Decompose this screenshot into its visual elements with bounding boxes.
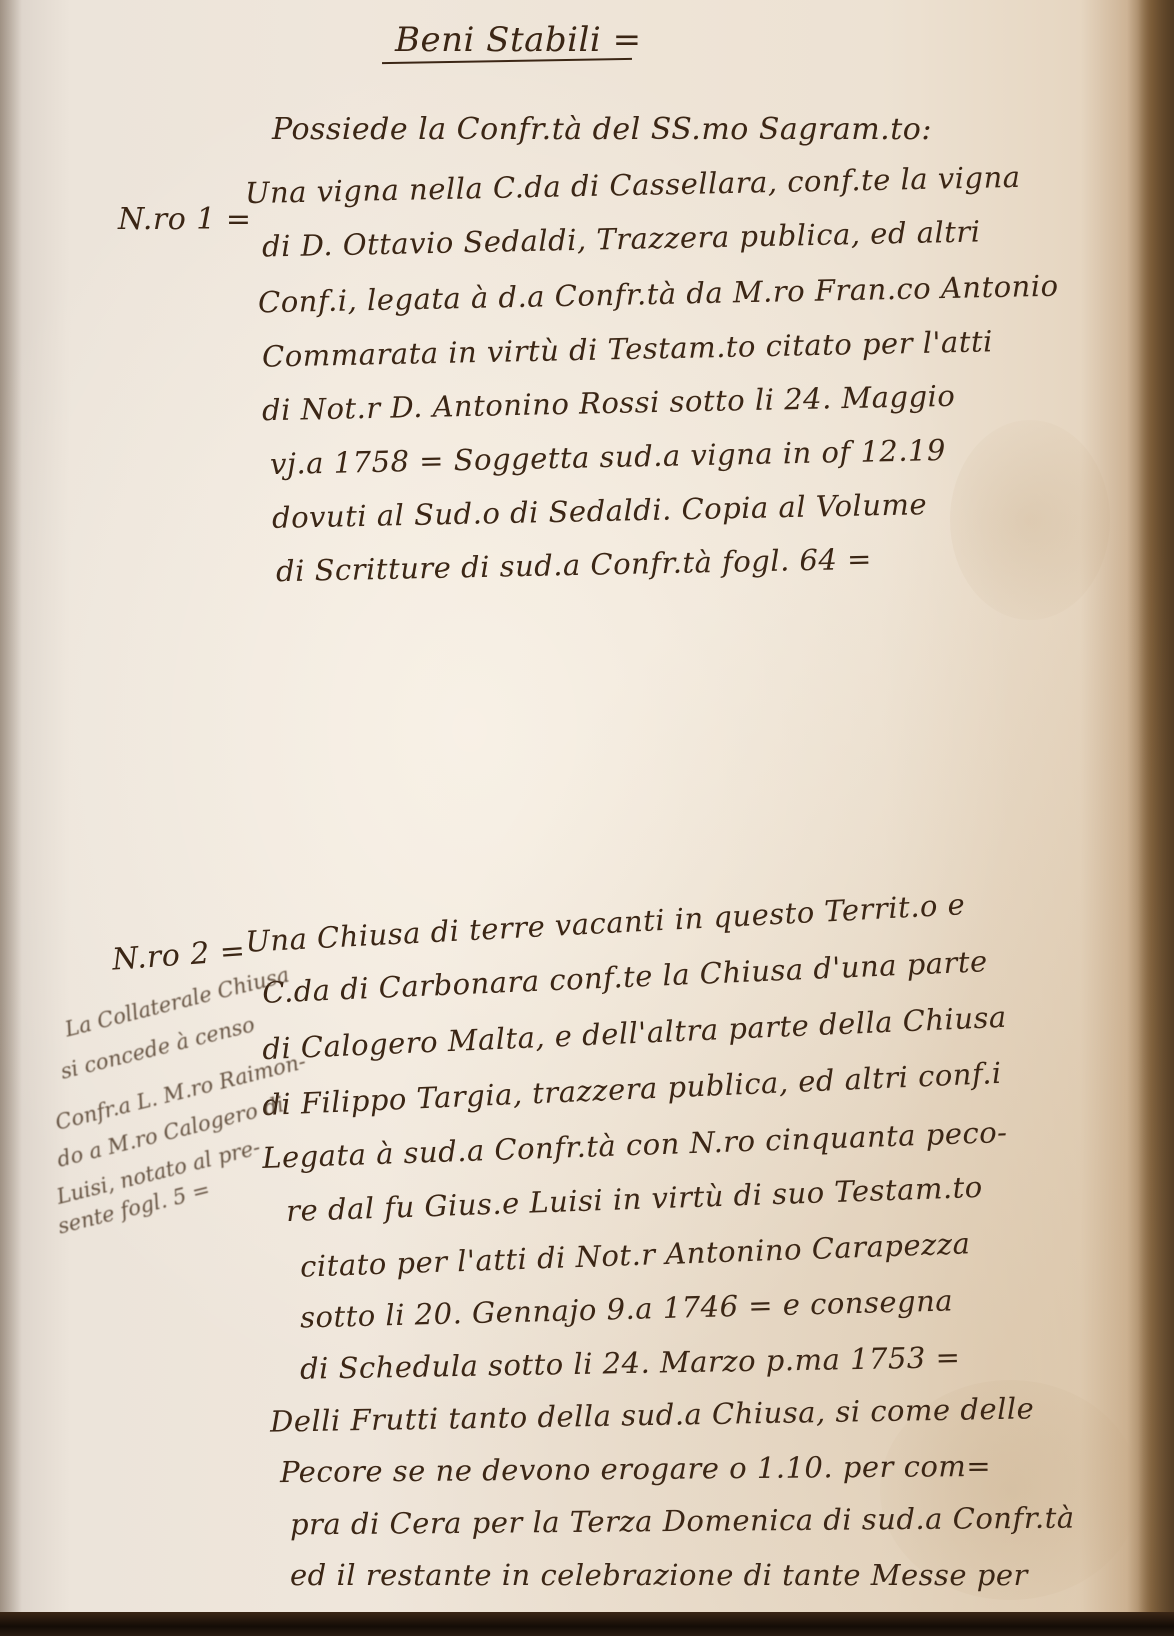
- entry-2-line: Una Chiusa di terre vacanti in questo Te…: [245, 887, 966, 959]
- entry-2-line: C.da di Carbonara conf.te la Chiusa d'un…: [262, 944, 989, 1010]
- entry-1-line: di Not.r D. Antonino Rossi sotto li 24. …: [262, 379, 956, 428]
- entry-2-line: di Filippo Targia, trazzera publica, ed …: [262, 1056, 1003, 1122]
- spine-shadow: [0, 0, 22, 1622]
- entry-1-line: di D. Ottavio Sedaldi, Trazzera publica,…: [262, 214, 981, 263]
- intro-line: Possiede la Confr.tà del SS.mo Sagram.to…: [272, 112, 932, 147]
- page-edge-right: [1138, 0, 1174, 1622]
- entry-1-line: dovuti al Sud.o di Sedaldi. Copia al Vol…: [272, 487, 928, 535]
- entry-2-line: ed il restante in celebrazione di tante …: [290, 1558, 1028, 1592]
- entry-2-line: re dal fu Gius.e Luisi in virtù di suo T…: [286, 1170, 984, 1228]
- entry-1-line: vj.a 1758 = Soggetta sud.a vigna in of 1…: [270, 433, 947, 481]
- entry-1-line: Conf.i, legata à d.a Confr.tà da M.ro Fr…: [258, 269, 1059, 320]
- book-bottom-edge: [0, 1612, 1174, 1636]
- entry-2-line: Legata à sud.a Confr.tà con N.ro cinquan…: [262, 1115, 1008, 1175]
- water-stain: [950, 420, 1110, 620]
- page-title: Beni Stabili =: [395, 20, 642, 60]
- entry-2-line: di Calogero Malta, e dell'altra parte de…: [262, 1000, 1008, 1066]
- entry-1-number: N.ro 1 =: [118, 202, 252, 237]
- manuscript-page: Beni Stabili = Possiede la Confr.tà del …: [0, 0, 1174, 1622]
- entry-1-line: Una vigna nella C.da di Cassellara, conf…: [245, 160, 1021, 210]
- entry-1-line: di Scritture di sud.a Confr.tà fogl. 64 …: [276, 542, 873, 588]
- entry-2-line: sotto li 20. Gennajo 9.a 1746 = e conseg…: [300, 1283, 954, 1334]
- entry-2-line: Pecore se ne devono erogare o 1.10. per …: [280, 1449, 991, 1489]
- entry-2-number: N.ro 2 =: [111, 933, 247, 977]
- entry-2-line: di Schedula sotto li 24. Marzo p.ma 1753…: [300, 1340, 961, 1386]
- entry-2-line: pra di Cera per la Terza Domenica di sud…: [290, 1501, 1075, 1542]
- entry-1-line: Commarata in virtù di Testam.to citato p…: [262, 324, 993, 373]
- entry-2-line: citato per l'atti di Not.r Antonino Cara…: [300, 1226, 971, 1283]
